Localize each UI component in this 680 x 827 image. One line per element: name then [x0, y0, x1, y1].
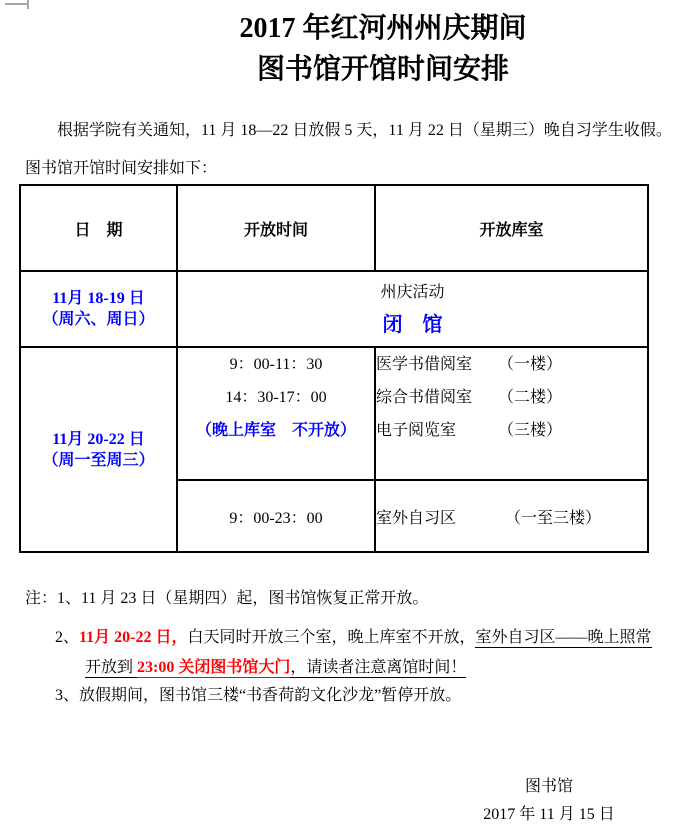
weekend-status-cell: 州庆活动 闭 馆 [177, 271, 648, 347]
study-area-cell: 室外自习区（一至三楼） [375, 480, 648, 552]
note-2-number: 2、 [55, 629, 79, 646]
note-2-text: 白天同时开放三个室，晚上库室不开放， [187, 629, 475, 646]
note-2-line-2: 开放到 23:00 关闭图书馆大门，请读者注意离馆时间！ [85, 658, 466, 678]
weekdays-night-note: （晚上库室 不开放） [178, 414, 374, 447]
schedule-table: 日 期 开放时间 开放库室 11月 18-19 日 （周六、周日） 州庆活动 闭… [19, 184, 649, 553]
room-floor: （二楼） [498, 389, 562, 406]
col-header-time: 开放时间 [177, 185, 375, 271]
col-header-rooms: 开放库室 [375, 185, 648, 271]
weekdays-date-line-2: （周一至周三） [21, 450, 176, 471]
weekdays-date-line-1: 11月 20-22 日 [21, 429, 176, 450]
weekend-activity-label: 州庆活动 [178, 283, 647, 303]
document-title: 2017 年红河州州庆期间 图书馆开馆时间安排 [86, 8, 680, 90]
weekend-date-line-2: （周六、周日） [21, 309, 176, 330]
title-line-2: 图书馆开馆时间安排 [86, 49, 680, 90]
room-row: 综合书借阅室（二楼） [376, 381, 647, 414]
note-2-red-date: 11月 20-22 日， [79, 629, 187, 646]
study-area-floor: （一至三楼） [505, 510, 601, 527]
page-corner-mark-vertical [27, 0, 29, 9]
table-header-row: 日 期 开放时间 开放库室 [20, 185, 648, 271]
col-header-date: 日 期 [20, 185, 177, 271]
intro-paragraph-line-1: 根据学院有关通知，11 月 18—22 日放假 5 天，11 月 22 日（星期… [57, 121, 672, 141]
note-2-line-2-prefix: 开放到 [85, 659, 137, 678]
note-1: 注：1、11 月 23 日（星期四）起，图书馆恢复正常开放。 [25, 589, 428, 609]
room-name: 电子阅览室 [376, 414, 498, 447]
weekend-date-cell: 11月 18-19 日 （周六、周日） [20, 271, 177, 347]
room-floor: （一楼） [498, 356, 562, 373]
note-2-line-2-red: 23:00 关闭图书馆大门 [137, 659, 290, 678]
weekdays-rooms-cell: 医学书借阅室（一楼） 综合书借阅室（二楼） 电子阅览室（三楼） [375, 347, 648, 480]
weekdays-date-cell: 11月 20-22 日 （周一至周三） [20, 347, 177, 552]
page-corner-mark-horizontal [5, 3, 29, 5]
note-2-line-2-suffix: ，请读者注意离馆时间！ [290, 659, 466, 678]
room-floor: （三楼） [498, 422, 562, 439]
weekdays-time-afternoon: 14：30-17：00 [178, 381, 374, 414]
note-2-line-1: 2、11月 20-22 日，白天同时开放三个室，晚上库室不开放，室外自习区——晚… [55, 628, 652, 648]
study-area-name: 室外自习区 [376, 505, 505, 528]
table-row-weekend: 11月 18-19 日 （周六、周日） 州庆活动 闭 馆 [20, 271, 648, 347]
document-page: 2017 年红河州州庆期间 图书馆开馆时间安排 根据学院有关通知，11 月 18… [0, 0, 680, 827]
note-2-underlined-tail: 室外自习区——晚上照常 [475, 629, 651, 648]
title-line-1: 2017 年红河州州庆期间 [86, 8, 680, 49]
note-3: 3、放假期间，图书馆三楼“书香荷韵文化沙龙”暂停开放。 [55, 686, 461, 706]
table-row-weekdays-day: 11月 20-22 日 （周一至周三） 9：00-11：30 14：30-17：… [20, 347, 648, 480]
room-row: 电子阅览室（三楼） [376, 414, 647, 447]
study-time-cell: 9：00-23：00 [177, 480, 375, 552]
room-name: 医学书借阅室 [376, 348, 498, 381]
signature-date: 2017 年 11 月 15 日 [449, 805, 649, 825]
weekend-date-line-1: 11月 18-19 日 [21, 288, 176, 309]
weekdays-times-cell: 9：00-11：30 14：30-17：00 （晚上库室 不开放） [177, 347, 375, 480]
room-name: 综合书借阅室 [376, 381, 498, 414]
weekdays-time-morning: 9：00-11：30 [178, 348, 374, 381]
intro-paragraph-line-2: 图书馆开馆时间安排如下： [25, 159, 217, 179]
signature-organization: 图书馆 [449, 777, 649, 797]
room-row: 医学书借阅室（一楼） [376, 348, 647, 381]
weekend-closed-label: 闭 馆 [178, 312, 647, 338]
